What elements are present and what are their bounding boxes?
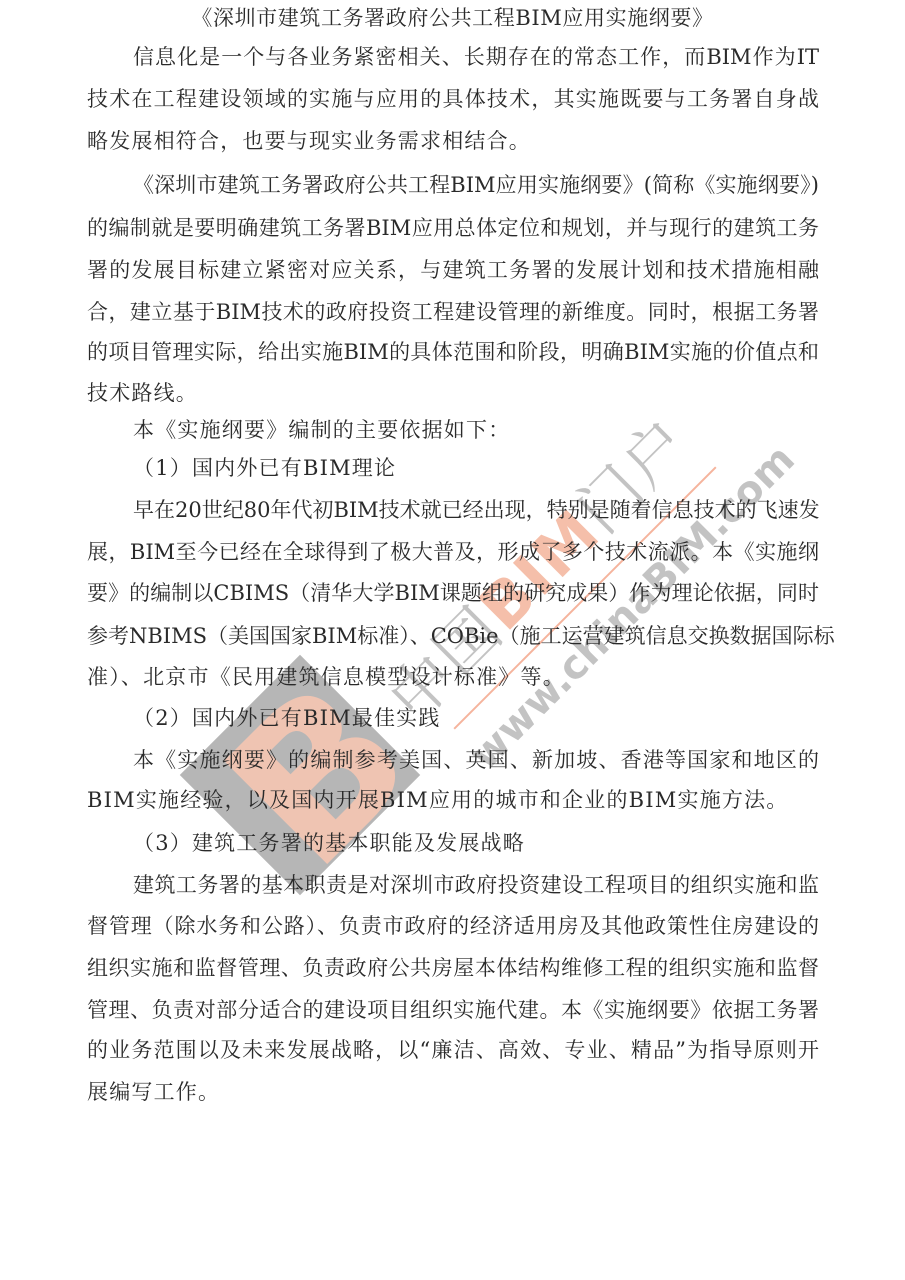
- paragraph-line: 技术在工程建设领域的实施与应用的具体技术，其实施既要与工务署自身战: [87, 84, 819, 114]
- paragraph-line: 展，BIM至今已经在全球得到了极大普及，形成了多个技术流派。本《实施纲: [87, 537, 819, 567]
- paragraph-line: 参考NBIMS（美国国家BIM标准）、COBie（施工运营建筑信息交换数据国际标: [87, 621, 819, 651]
- paragraph-line: 管理、负责对部分适合的建设项目组织实施代建。本《实施纲要》依据工务署: [87, 995, 819, 1025]
- paragraph-line: 合，建立基于BIM技术的政府投资工程建设管理的新维度。同时，根据工务署: [87, 297, 819, 327]
- paragraph-line: 准）、北京市《民用建筑信息模型设计标准》等。: [87, 662, 819, 692]
- paragraph-line: 本《实施纲要》的编制参考美国、英国、新加坡、香港等国家和地区的: [133, 745, 819, 775]
- paragraph-line: 署的发展目标建立紧密对应关系，与建筑工务署的发展计划和技术措施相融: [87, 255, 819, 285]
- paragraph-line: 督管理（除水务和公路）、负责市政府的经济适用房及其他政策性住房建设的: [87, 911, 819, 941]
- paragraph-line: 的项目管理实际，给出实施BIM的具体范围和阶段，明确BIM实施的价值点和: [87, 337, 819, 367]
- paragraph-line: 组织实施和监督管理、负责政府公共房屋本体结构维修工程的组织实施和监督: [87, 953, 819, 983]
- document-title: 《深圳市建筑工务署政府公共工程BIM应用实施纲要》: [0, 3, 905, 33]
- paragraph-line: 的业务范围以及未来发展战略，以“廉洁、高效、专业、精品”为指导原则开: [87, 1035, 819, 1065]
- section-heading-3: （3）建筑工务署的基本职能及发展战略: [133, 828, 819, 858]
- paragraph-line: 要》的编制以CBIMS（清华大学BIM课题组的研究成果）作为理论依据，同时: [87, 578, 819, 608]
- paragraph-line: 技术路线。: [87, 378, 819, 408]
- paragraph-line: 建筑工务署的基本职责是对深圳市政府投资建设工程项目的组织实施和监: [133, 870, 819, 900]
- paragraph-line: 《深圳市建筑工务署政府公共工程BIM应用实施纲要》(简称《实施纲要》): [133, 170, 819, 200]
- paragraph-line: 早在20世纪80年代初BIM技术就已经出现，特别是随着信息技术的飞速发: [133, 495, 819, 525]
- section-heading-1: （1）国内外已有BIM理论: [133, 453, 819, 483]
- paragraph-line: 的编制就是要明确建筑工务署BIM应用总体定位和规划，并与现行的建筑工务: [87, 213, 819, 243]
- section-heading-2: （2）国内外已有BIM最佳实践: [133, 703, 819, 733]
- paragraph-line: 展编写工作。: [87, 1077, 819, 1107]
- document-page: B 中国BIM门户 www.chinaBIM.com 《深圳市建筑工务署政府公共…: [0, 0, 905, 1280]
- paragraph-line: BIM实施经验，以及国内开展BIM应用的城市和企业的BIM实施方法。: [87, 785, 819, 815]
- paragraph-line: 略发展相符合，也要与现实业务需求相结合。: [87, 126, 819, 156]
- paragraph-line: 本《实施纲要》编制的主要依据如下：: [133, 415, 819, 445]
- paragraph-line: 信息化是一个与各业务紧密相关、长期存在的常态工作，而BIM作为IT: [133, 42, 819, 72]
